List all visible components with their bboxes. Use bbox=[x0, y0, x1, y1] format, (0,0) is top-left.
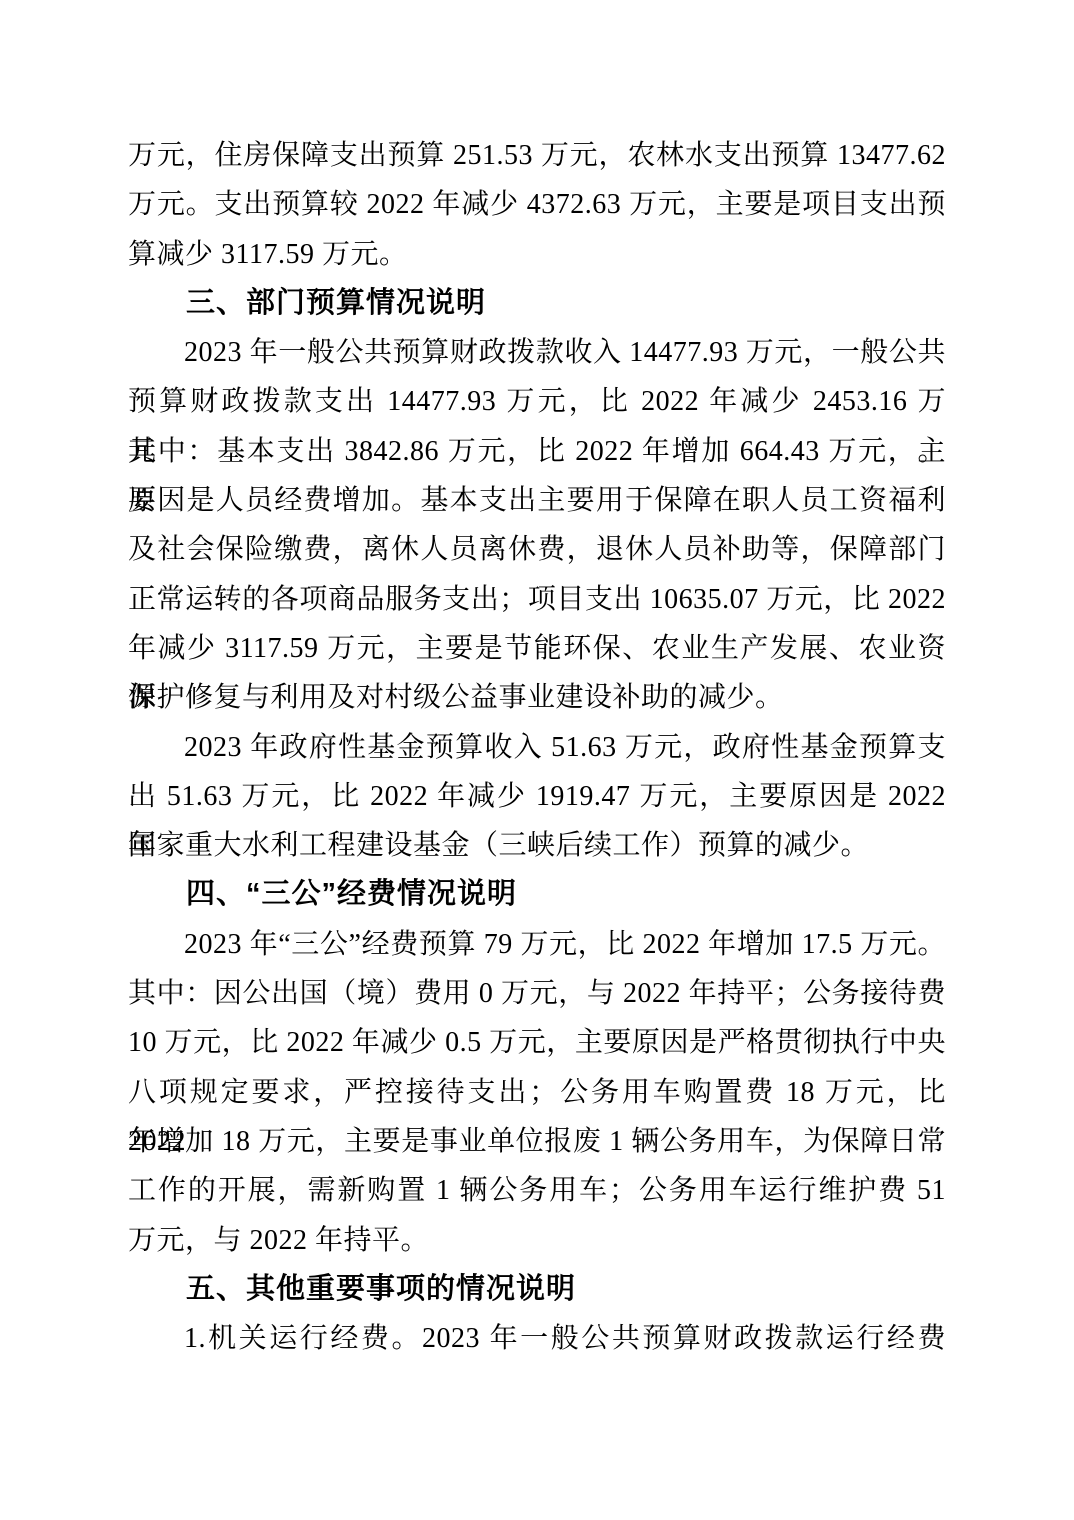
heading-section-three: 三、部门预算情况说明 bbox=[128, 279, 946, 328]
body-line: 1.机关运行经费。2023 年一般公共预算财政拨款运行经费 bbox=[128, 1314, 946, 1363]
body-line: 万元，与 2022 年持平。 bbox=[128, 1216, 946, 1265]
body-line: 保护修复与利用及对村级公益事业建设补助的减少。 bbox=[128, 673, 946, 722]
body-line: 算减少 3117.59 万元。 bbox=[128, 230, 946, 279]
body-line: 及社会保险缴费，离休人员离休费，退休人员补助等，保障部门 bbox=[128, 525, 946, 574]
body-line: 其中：因公出国（境）费用 0 万元，与 2022 年持平；公务接待费 bbox=[128, 969, 946, 1018]
body-line: 2023 年“三公”经费预算 79 万元，比 2022 年增加 17.5 万元。 bbox=[128, 920, 946, 969]
body-line: 八项规定要求，严控接待支出；公务用车购置费 18 万元，比 2022 bbox=[128, 1068, 946, 1117]
body-line: 工作的开展，需新购置 1 辆公务用车；公务用车运行维护费 51 bbox=[128, 1166, 946, 1215]
heading-section-four: 四、“三公”经费情况说明 bbox=[128, 870, 946, 919]
document-page: 万元，住房保障支出预算 251.53 万元，农林水支出预算 13477.62 万… bbox=[0, 0, 1074, 1520]
heading-section-five: 五、其他重要事项的情况说明 bbox=[128, 1265, 946, 1314]
body-line: 预算财政拨款支出 14477.93 万元，比 2022 年减少 2453.16 … bbox=[128, 377, 946, 426]
body-line: 2023 年一般公共预算财政拨款收入 14477.93 万元，一般公共 bbox=[128, 328, 946, 377]
body-line: 出 51.63 万元，比 2022 年减少 1919.47 万元，主要原因是 2… bbox=[128, 772, 946, 821]
body-line: 其中：基本支出 3842.86 万元，比 2022 年增加 664.43 万元，… bbox=[128, 427, 946, 476]
body-line: 国家重大水利工程建设基金（三峡后续工作）预算的减少。 bbox=[128, 821, 946, 870]
body-line: 正常运转的各项商品服务支出；项目支出 10635.07 万元，比 2022 bbox=[128, 575, 946, 624]
body-line: 万元，住房保障支出预算 251.53 万元，农林水支出预算 13477.62 bbox=[128, 131, 946, 180]
body-line: 年增加 18 万元，主要是事业单位报废 1 辆公务用车，为保障日常 bbox=[128, 1117, 946, 1166]
body-line: 原因是人员经费增加。基本支出主要用于保障在职人员工资福利 bbox=[128, 476, 946, 525]
body-line: 10 万元，比 2022 年减少 0.5 万元，主要原因是严格贯彻执行中央 bbox=[128, 1018, 946, 1067]
document-body: 万元，住房保障支出预算 251.53 万元，农林水支出预算 13477.62 万… bbox=[128, 131, 946, 1363]
body-line: 年减少 3117.59 万元，主要是节能环保、农业生产发展、农业资源 bbox=[128, 624, 946, 673]
body-line: 2023 年政府性基金预算收入 51.63 万元，政府性基金预算支 bbox=[128, 723, 946, 772]
body-line: 万元。支出预算较 2022 年减少 4372.63 万元，主要是项目支出预 bbox=[128, 180, 946, 229]
